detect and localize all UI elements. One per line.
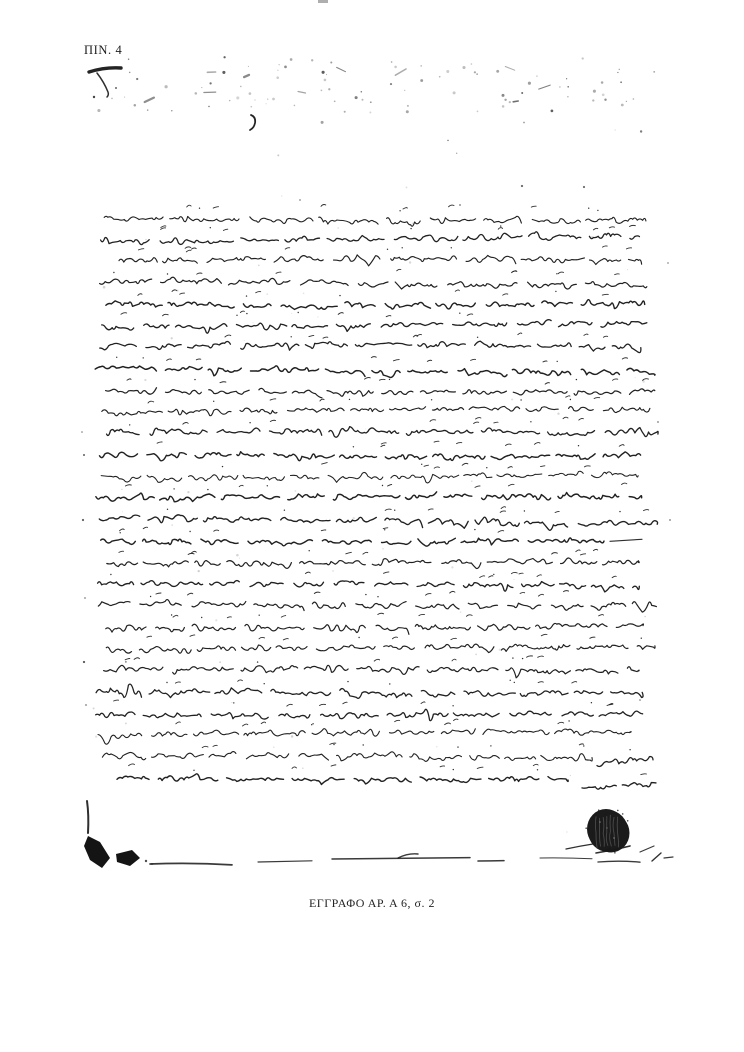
handwriting-facsimile — [0, 0, 744, 1052]
scanned-document-page: ΠΙΝ. 4 ΕΓΓΡΑΦΟ ΑΡ. Α 6, σ. 2 — [0, 0, 744, 1052]
document-caption: ΕΓΓΡΑΦΟ ΑΡ. Α 6, σ. 2 — [0, 896, 744, 911]
manuscript-scan — [0, 0, 744, 1052]
